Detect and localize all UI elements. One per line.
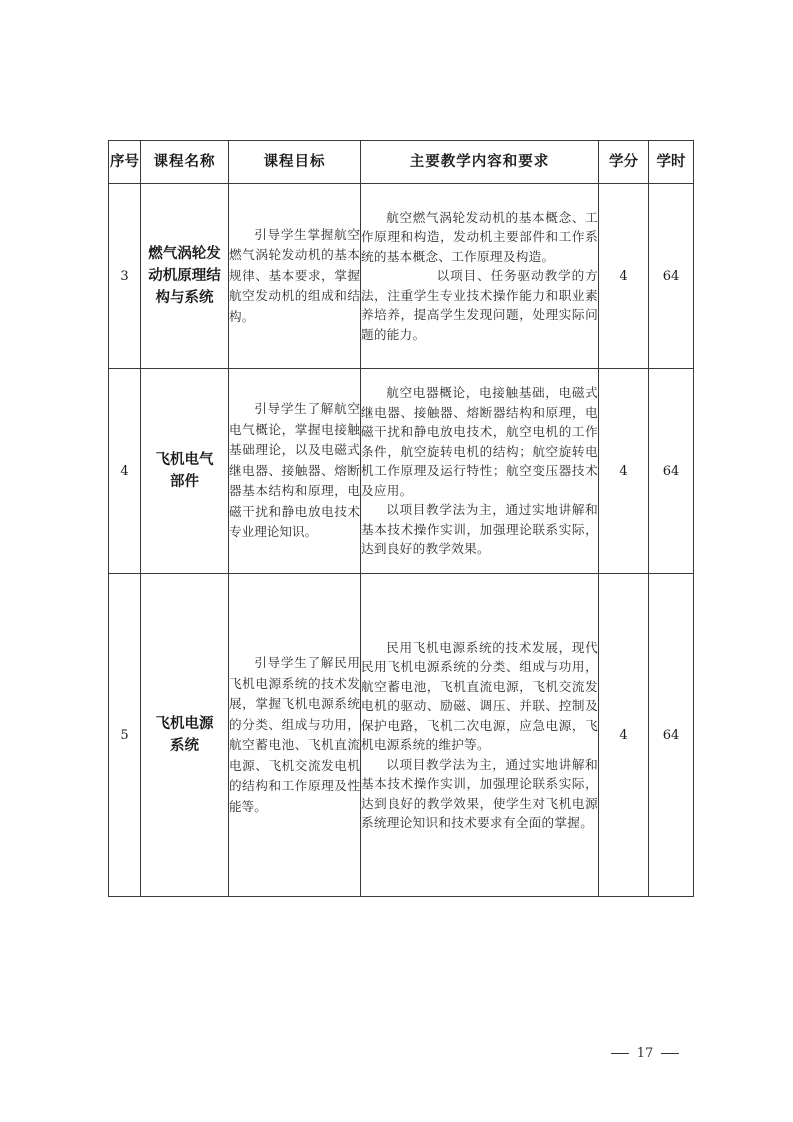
- course-content: 民用飞机电源系统的技术发展，现代民用飞机电源系统的分类、组成与功用，航空蓄电池，…: [361, 574, 599, 897]
- row-index: 4: [109, 369, 141, 574]
- course-name: 飞机电气部件: [141, 369, 229, 574]
- row-index: 5: [109, 574, 141, 897]
- table-row: 4 飞机电气部件 引导学生了解航空电气概论，掌握电接触基础理论，以及电磁式继电器…: [109, 369, 694, 574]
- course-content: 航空电器概论，电接触基础，电磁式继电器、接触器、熔断器结构和原理，电磁干扰和静电…: [361, 369, 599, 574]
- header-course-goal: 课程目标: [229, 141, 361, 184]
- page-number: 17: [637, 1046, 654, 1061]
- table-row: 5 飞机电源系统 引导学生了解民用飞机电源系统的技术发展，掌握飞机电源系统的分类…: [109, 574, 694, 897]
- course-credits: 4: [599, 574, 649, 897]
- course-name-text: 燃气涡轮发动机原理结构与系统: [141, 243, 228, 309]
- content-paragraph: 以项目教学法为主，通过实地讲解和基本技术操作实训，加强理论联系实际，达到良好的教…: [361, 755, 598, 833]
- course-hours: 64: [649, 369, 694, 574]
- course-name: 飞机电源系统: [141, 574, 229, 897]
- course-hours: 64: [649, 184, 694, 369]
- table-row: 3 燃气涡轮发动机原理结构与系统 引导学生掌握航空燃气涡轮发动机的基本规律、基本…: [109, 184, 694, 369]
- row-index: 3: [109, 184, 141, 369]
- course-content: 航空燃气涡轮发动机的基本概念、工作原理和构造，发动机主要部件和工作系统的基本概念…: [361, 184, 599, 369]
- course-name-text: 飞机电气部件: [141, 449, 228, 493]
- content-paragraph: 以项目、任务驱动教学的方法，注重学生专业技术操作能力和职业素养培养，提高学生发现…: [361, 266, 598, 344]
- course-goal: 引导学生了解航空电气概论，掌握电接触基础理论，以及电磁式继电器、接触器、熔断器基…: [229, 369, 361, 574]
- course-table: 序号 课程名称 课程目标 主要教学内容和要求 学分 学时 3 燃气涡轮发动机原理…: [108, 140, 694, 897]
- course-hours: 64: [649, 574, 694, 897]
- course-goal-text: 引导学生了解航空电气概论，掌握电接触基础理论，以及电磁式继电器、接触器、熔断器基…: [229, 399, 360, 543]
- content-paragraph: 以项目教学法为主，通过实地讲解和基本技术操作实训，加强理论联系实际，达到良好的教…: [361, 500, 598, 559]
- header-index: 序号: [109, 141, 141, 184]
- header-hours: 学时: [649, 141, 694, 184]
- header-main-content: 主要教学内容和要求: [361, 141, 599, 184]
- course-goal: 引导学生了解民用飞机电源系统的技术发展，掌握飞机电源系统的分类、组成与功用，航空…: [229, 574, 361, 897]
- course-goal: 引导学生掌握航空燃气涡轮发动机的基本规律、基本要求，掌握航空发动机的组成和结构。: [229, 184, 361, 369]
- table-header-row: 序号 课程名称 课程目标 主要教学内容和要求 学分 学时: [109, 141, 694, 184]
- content-paragraph: 航空电器概论，电接触基础，电磁式继电器、接触器、熔断器结构和原理，电磁干扰和静电…: [361, 383, 598, 500]
- page-footer: 17: [600, 1046, 690, 1061]
- content-paragraph: 民用飞机电源系统的技术发展，现代民用飞机电源系统的分类、组成与功用，航空蓄电池，…: [361, 638, 598, 755]
- course-goal-text: 引导学生掌握航空燃气涡轮发动机的基本规律、基本要求，掌握航空发动机的组成和结构。: [229, 225, 360, 328]
- header-credits: 学分: [599, 141, 649, 184]
- content-paragraph: 航空燃气涡轮发动机的基本概念、工作原理和构造，发动机主要部件和工作系统的基本概念…: [361, 208, 598, 267]
- course-goal-text: 引导学生了解民用飞机电源系统的技术发展，掌握飞机电源系统的分类、组成与功用，航空…: [229, 653, 360, 817]
- course-credits: 4: [599, 369, 649, 574]
- dash-right: [661, 1053, 679, 1054]
- dash-left: [611, 1053, 629, 1054]
- course-name: 燃气涡轮发动机原理结构与系统: [141, 184, 229, 369]
- course-name-text: 飞机电源系统: [141, 713, 228, 757]
- course-credits: 4: [599, 184, 649, 369]
- header-course-name: 课程名称: [141, 141, 229, 184]
